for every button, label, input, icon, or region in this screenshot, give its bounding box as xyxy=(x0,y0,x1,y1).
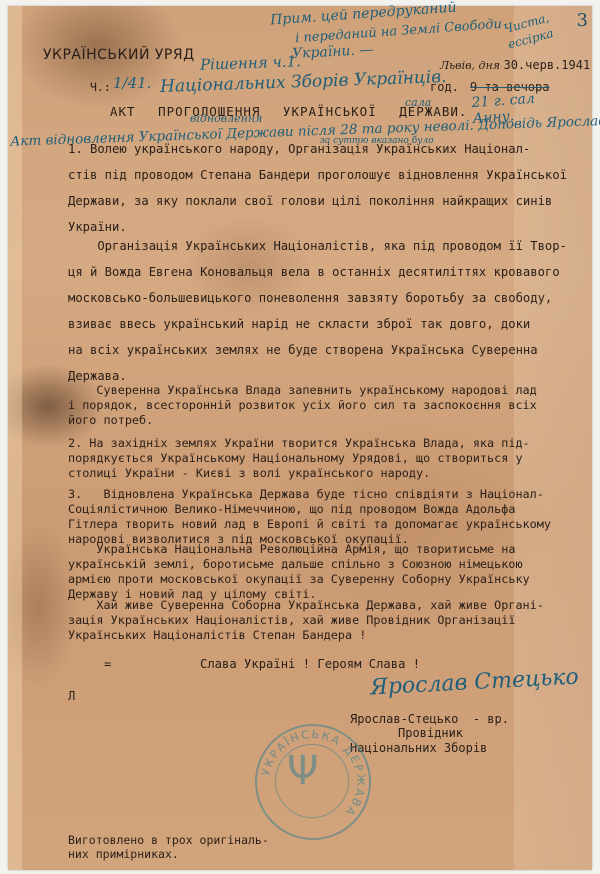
date-value: 30.черв.1941 xyxy=(503,58,590,72)
left-mark: Л xyxy=(68,689,75,703)
signatory-title-2: Національних Зборів xyxy=(350,741,487,755)
text-line: українській землі, боротисьме дальше спі… xyxy=(68,557,523,572)
city-label: Львів, дня xyxy=(440,59,500,72)
text-line: Соціялістичною Велико-Німеччиною, що під… xyxy=(68,502,515,517)
text-line: Держави, за яку поклали свої голови цілі… xyxy=(68,188,552,214)
closing-slogan: Слава Україні ! Героям Слава ! xyxy=(200,657,420,671)
text-line: взиває ввесь український нарід не скласт… xyxy=(68,311,530,337)
eq-mark: = xyxy=(104,657,111,671)
footer-line-1: Виготовлено в трох оригіналь- xyxy=(68,833,269,847)
trident-icon: Ψ xyxy=(287,748,318,794)
document-title: АКТ ПРОГОЛОШЕННЯ УКРАЇНСЬКОЇ ДЕРЖАВИ. xyxy=(110,104,467,119)
text-line: 3. Відновлена Українська Держава буде ті… xyxy=(68,487,544,502)
signatory-title-1: Провідник xyxy=(398,726,463,740)
text-line: Українських Націоналістів Степан Бандера… xyxy=(68,628,366,643)
text-line: і порядок, всесторонній розвиток усіх йо… xyxy=(68,398,537,413)
handwritten-resolution-number: Рішення ч.1. xyxy=(200,52,301,74)
text-line: на всіх українських землях не буде створ… xyxy=(68,337,538,363)
signatory-name: Ярослав-Стецько - вр. xyxy=(350,712,509,726)
text-line: зація Українських Націоналістів, хай жив… xyxy=(68,613,515,628)
text-line: столиці України - Києві з волі українськ… xyxy=(68,466,430,481)
page-number: 3 xyxy=(577,10,588,31)
handwritten-above-correction: відновлення xyxy=(190,112,262,125)
official-seal: УКРАЇНСЬКА ДЕРЖАВА Ψ xyxy=(255,724,371,840)
text-line: ця й Вожда Евгена Коновальця вела в оста… xyxy=(68,259,560,285)
text-line: Хай живе Суверенна Соборна Українська Де… xyxy=(68,598,544,613)
text-line: армією проти московської окупації за Сув… xyxy=(68,572,530,587)
text-line: Гітлера творить новий лад в Европі й сві… xyxy=(68,517,551,532)
text-line: Суверенна Українська Влада запевнить укр… xyxy=(68,383,537,398)
city-date-label: Львів, дня 30.черв.1941 xyxy=(440,58,590,72)
number-value: 1/41. xyxy=(113,74,151,92)
text-line: 2. На західніх землях України творится У… xyxy=(68,436,530,451)
text-line: Українська Національна Революційна Армія… xyxy=(68,542,515,557)
number-label: Ч.: xyxy=(90,80,111,94)
footer-line-2: них примірниках. xyxy=(68,847,179,861)
text-line: Організація Українських Націоналістів, я… xyxy=(68,233,567,259)
text-line: стів під проводом Степана Бандери прогол… xyxy=(68,162,567,188)
time-label: год. xyxy=(430,80,459,94)
text-line: порядкується Українському Національному … xyxy=(68,451,523,466)
text-line: московсько-большевицького поневолення за… xyxy=(68,285,552,311)
text-line: його потреб. xyxy=(68,413,153,428)
text-line: 1. Волею українського народу, Організаці… xyxy=(68,136,530,162)
issuer-heading: УКРАЇНСЬКИЙ УРЯД xyxy=(43,47,195,63)
